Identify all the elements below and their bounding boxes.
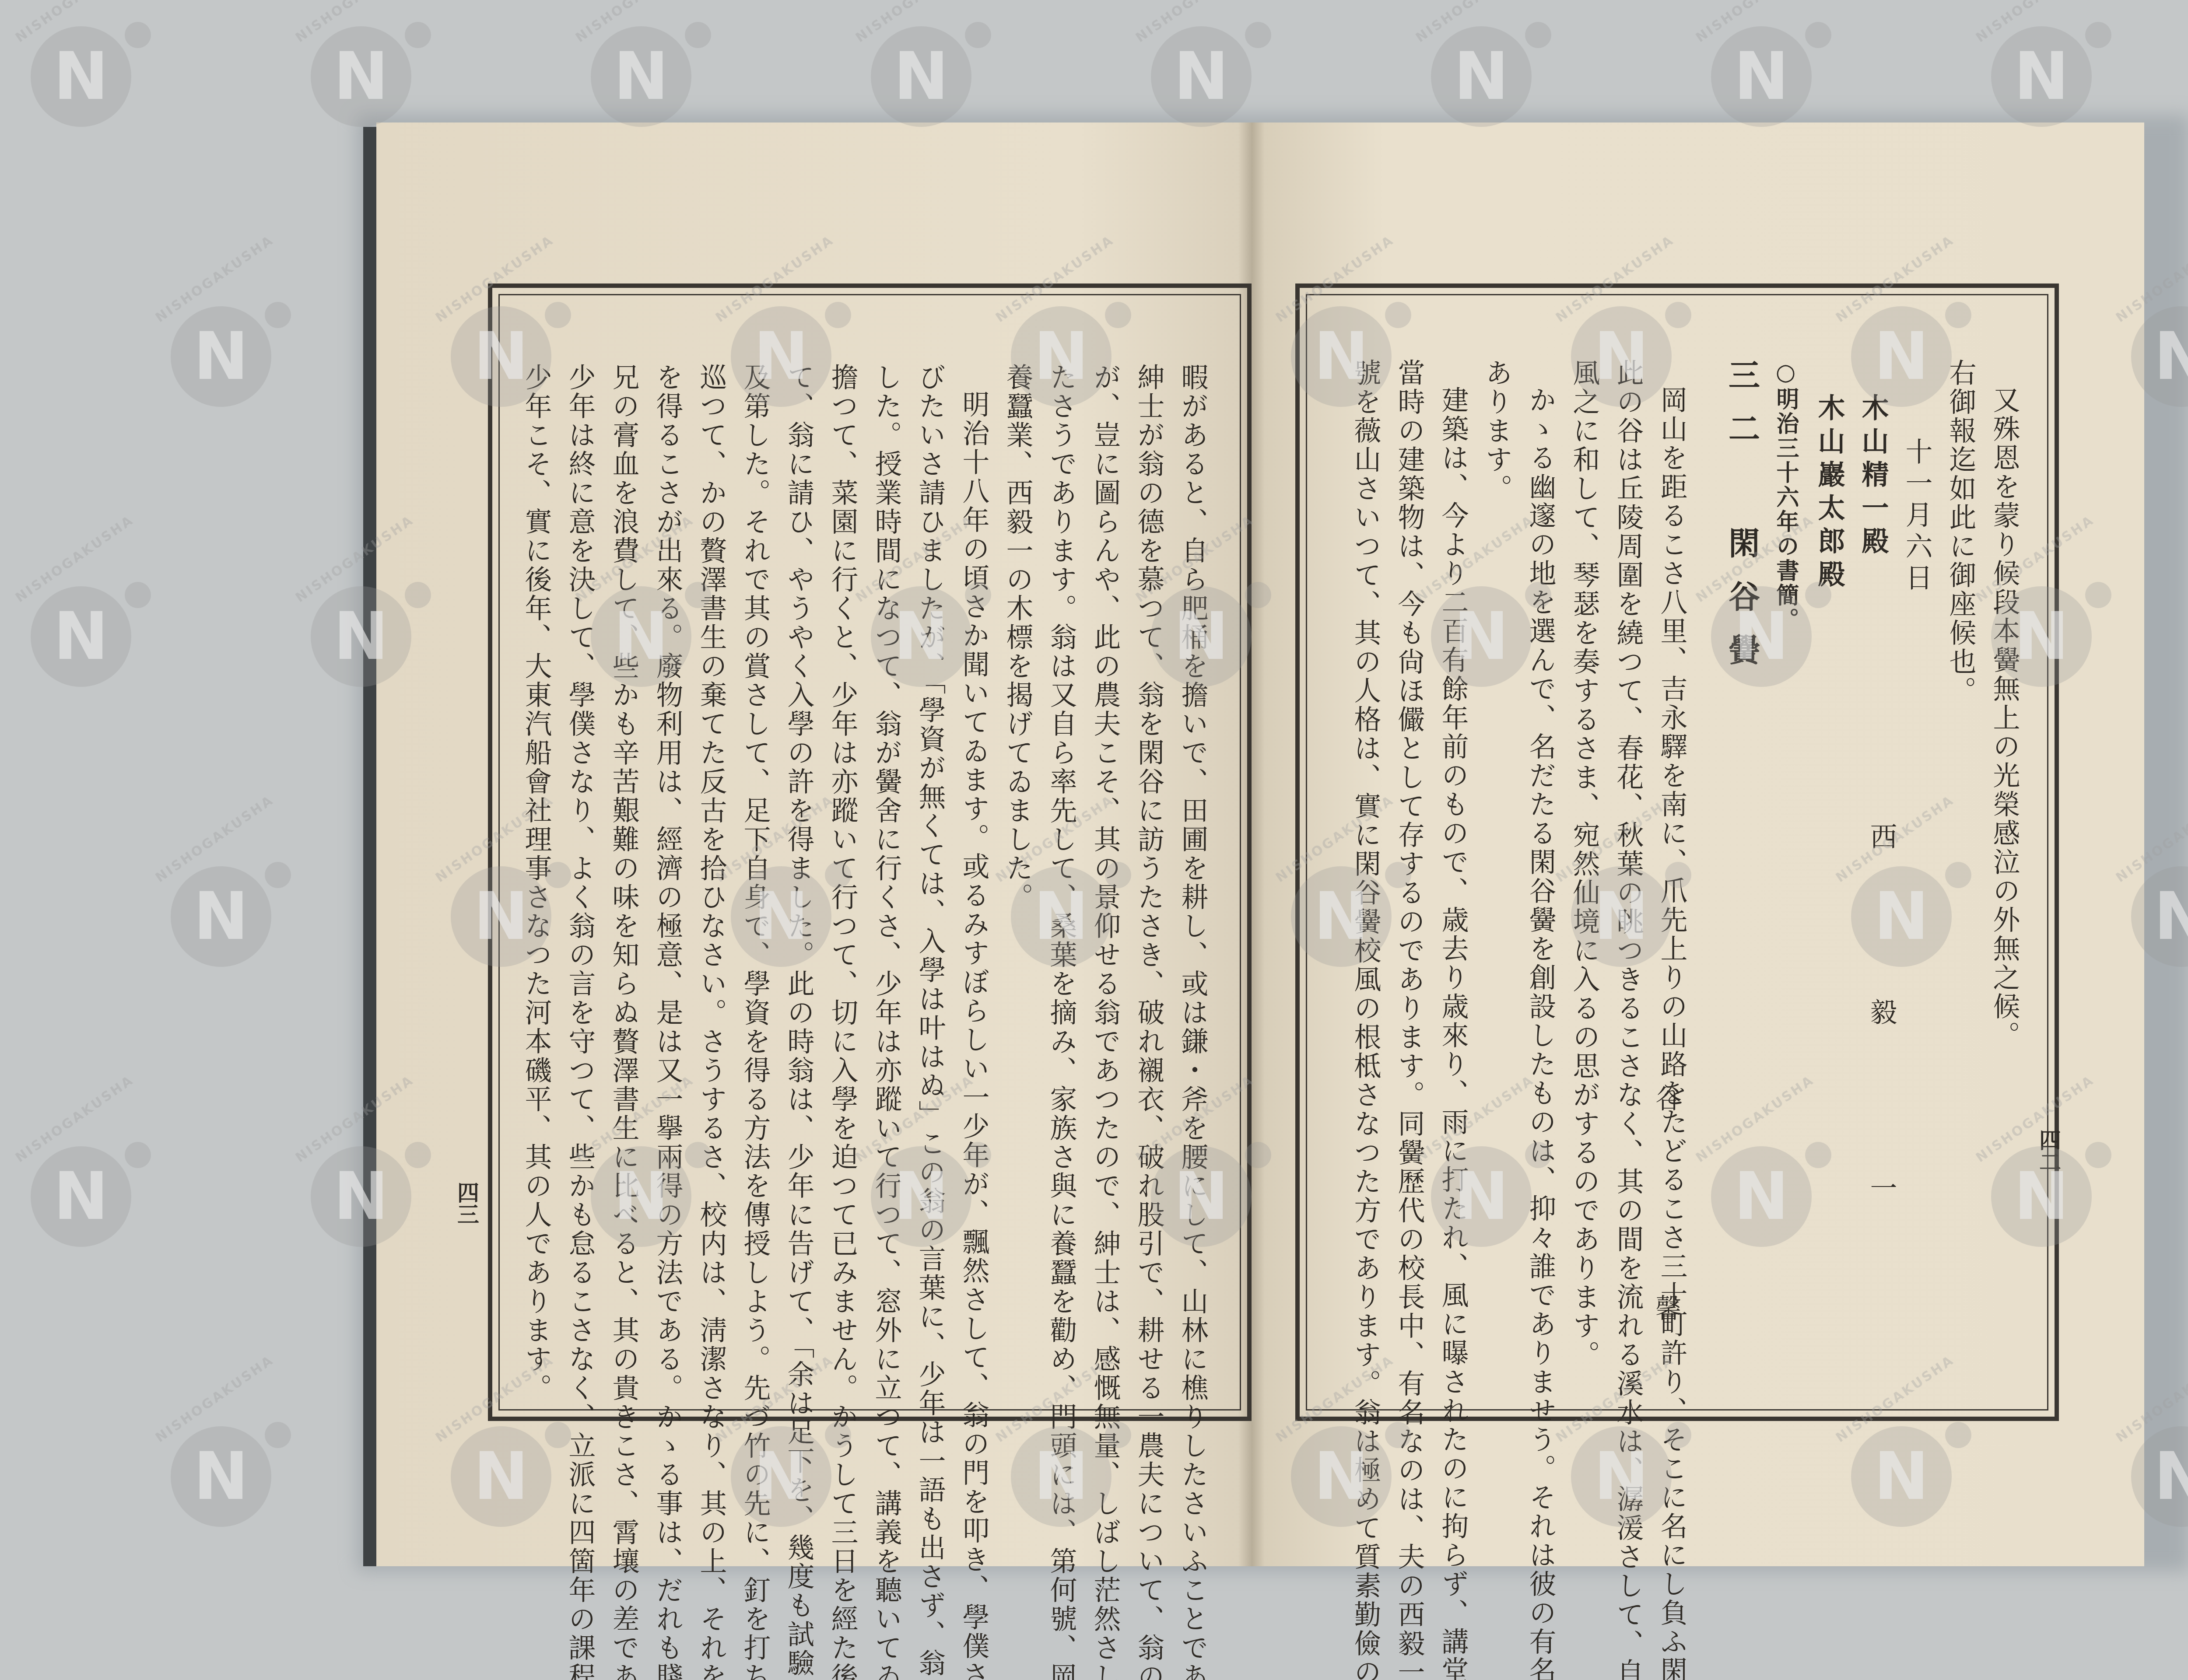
watermark-text: NISHOGAKUSHA: [13, 512, 137, 605]
paragraph-line: 少年こそ、實に後年、大東汽船會社理事さなつた河本磯平、其の人であります。: [514, 363, 558, 1361]
watermark-dot-icon: [1665, 1422, 1691, 1448]
watermark-dot-icon: [1385, 1422, 1411, 1448]
watermark-dot-icon: [125, 582, 151, 608]
paragraph-line: て、翁に請ひ、やうやく入學の許を得ました。此の時翁は、少年に告げて、「余は足下を…: [777, 363, 820, 1361]
watermark-logo-icon: NNISHOGAKUSHA: [1571, 1426, 1672, 1527]
watermark-logo-icon: NNISHOGAKUSHA: [31, 586, 131, 687]
watermark-dot-icon: [1665, 302, 1691, 328]
watermark-dot-icon: [965, 1142, 991, 1168]
watermark-logo-icon: NNISHOGAKUSHA: [171, 866, 271, 967]
watermark-text: NISHOGAKUSHA: [293, 0, 417, 45]
watermark-dot-icon: [1805, 1142, 1831, 1168]
watermark-logo-icon: NNISHOGAKUSHA: [1151, 1146, 1252, 1247]
watermark-dot-icon: [1385, 302, 1411, 328]
watermark-dot-icon: [1105, 1422, 1131, 1448]
watermark-dot-icon: [545, 302, 571, 328]
watermark-logo-icon: NNISHOGAKUSHA: [1711, 586, 1812, 687]
watermark-dot-icon: [265, 1422, 291, 1448]
watermark-logo-icon: NNISHOGAKUSHA: [171, 1426, 271, 1527]
watermark-logo-icon: NNISHOGAKUSHA: [731, 306, 831, 407]
watermark-dot-icon: [405, 22, 431, 48]
watermark-dot-icon: [1665, 862, 1691, 888]
watermark-logo-icon: NNISHOGAKUSHA: [1711, 26, 1812, 127]
watermark-logo-icon: NNISHOGAKUSHA: [1851, 306, 1952, 407]
watermark-dot-icon: [1385, 862, 1411, 888]
watermark-dot-icon: [1105, 302, 1131, 328]
watermark-dot-icon: [1525, 582, 1551, 608]
watermark-dot-icon: [1805, 22, 1831, 48]
watermark-logo-icon: NNISHOGAKUSHA: [311, 586, 411, 687]
watermark-logo-icon: NNISHOGAKUSHA: [871, 26, 971, 127]
watermark-logo-icon: NNISHOGAKUSHA: [451, 1426, 551, 1527]
watermark-dot-icon: [265, 302, 291, 328]
watermark-logo-icon: NNISHOGAKUSHA: [1431, 586, 1532, 687]
watermark-dot-icon: [1945, 1422, 1971, 1448]
paragraph-line: たさうであります。翁は又自ら率先して、桑葉を摘み、家族さ與に養蠶を勸め、門頭には…: [1039, 363, 1083, 1361]
watermark-dot-icon: [405, 1142, 431, 1168]
watermark-logo-icon: NNISHOGAKUSHA: [1571, 306, 1672, 407]
addressee: 木山巖太郎殿: [1807, 359, 1851, 1365]
watermark-text: NISHOGAKUSHA: [153, 1352, 277, 1445]
watermark-dot-icon: [545, 862, 571, 888]
watermark-logo-icon: NNISHOGAKUSHA: [1151, 26, 1252, 127]
watermark-logo-icon: NNISHOGAKUSHA: [1151, 586, 1252, 687]
watermark-dot-icon: [965, 582, 991, 608]
watermark-dot-icon: [1945, 862, 1971, 888]
watermark-dot-icon: [2085, 1142, 2111, 1168]
watermark-logo-icon: NNISHOGAKUSHA: [451, 866, 551, 967]
watermark-logo-icon: NNISHOGAKUSHA: [1291, 1426, 1392, 1527]
paragraph-line: 此の谷は丘陵周圍を繞つて、春花、秋葉の眺つきるこさなく、其の間を流れる溪水は、潺…: [1606, 359, 1650, 1365]
watermark-text: NISHOGAKUSHA: [853, 0, 977, 45]
letter-date: 十一月六日: [1895, 359, 1939, 1365]
watermark-dot-icon: [1245, 1142, 1271, 1168]
watermark-dot-icon: [685, 582, 711, 608]
watermark-logo-icon: NNISHOGAKUSHA: [1711, 1146, 1812, 1247]
paragraph-line: 擔つて、菜園に行くと、少年は亦蹤いて行つて、切に入學を迫つて已みません。かうして…: [820, 363, 864, 1361]
watermark-dot-icon: [825, 302, 851, 328]
watermark-text: NISHOGAKUSHA: [573, 0, 697, 45]
watermark-logo-icon: NNISHOGAKUSHA: [731, 1426, 831, 1527]
watermark-dot-icon: [1805, 582, 1831, 608]
watermark-logo-icon: NNISHOGAKUSHA: [311, 1146, 411, 1247]
watermark-text: NISHOGAKUSHA: [153, 232, 277, 325]
watermark-logo-icon: NNISHOGAKUSHA: [591, 586, 691, 687]
watermark-text: NISHOGAKUSHA: [13, 1072, 137, 1165]
watermark-logo-icon: NNISHOGAKUSHA: [591, 26, 691, 127]
watermark-dot-icon: [1245, 22, 1271, 48]
watermark-dot-icon: [125, 1142, 151, 1168]
watermark-dot-icon: [125, 22, 151, 48]
watermark-text: NISHOGAKUSHA: [1693, 0, 1817, 45]
watermark-dot-icon: [405, 582, 431, 608]
watermark-text: NISHOGAKUSHA: [153, 792, 277, 885]
watermark-logo-icon: NNISHOGAKUSHA: [731, 866, 831, 967]
watermark-logo-icon: NNISHOGAKUSHA: [1571, 866, 1672, 967]
watermark-logo-icon: NNISHOGAKUSHA: [311, 26, 411, 127]
watermark-logo-icon: NNISHOGAKUSHA: [591, 1146, 691, 1247]
watermark-logo-icon: NNISHOGAKUSHA: [1291, 306, 1392, 407]
watermark-dot-icon: [825, 1422, 851, 1448]
watermark-logo-icon: NNISHOGAKUSHA: [1011, 1426, 1112, 1527]
watermark-dot-icon: [2085, 22, 2111, 48]
watermark-logo-icon: NNISHOGAKUSHA: [1991, 586, 2092, 687]
watermark-logo-icon: NNISHOGAKUSHA: [1011, 306, 1112, 407]
watermark-logo-icon: NNISHOGAKUSHA: [31, 1146, 131, 1247]
watermark-logo-icon: NNISHOGAKUSHA: [171, 306, 271, 407]
watermark-logo-icon: NNISHOGAKUSHA: [1431, 26, 1532, 127]
watermark-dot-icon: [1945, 302, 1971, 328]
watermark-text: NISHOGAKUSHA: [1133, 0, 1257, 45]
watermark-dot-icon: [1245, 582, 1271, 608]
section-number: 三二: [1723, 359, 1760, 465]
watermark-logo-icon: NNISHOGAKUSHA: [1851, 1426, 1952, 1527]
watermark-logo-icon: NNISHOGAKUSHA: [1011, 866, 1112, 967]
watermark-logo-icon: NNISHOGAKUSHA: [31, 26, 131, 127]
watermark-dot-icon: [2085, 582, 2111, 608]
watermark-dot-icon: [545, 1422, 571, 1448]
watermark-dot-icon: [1525, 1142, 1551, 1168]
watermark-dot-icon: [685, 22, 711, 48]
watermark-text: NISHOGAKUSHA: [13, 0, 137, 45]
watermark-logo-icon: NNISHOGAKUSHA: [1851, 866, 1952, 967]
watermark-logo-icon: NNISHOGAKUSHA: [1291, 866, 1392, 967]
paragraph-line: 巡つて、かの贅澤書生の棄てた反古を拾ひなさい。さうするさ、校内は、淸潔さなり、其…: [689, 363, 733, 1361]
watermark-dot-icon: [1105, 862, 1131, 888]
watermark-logo-icon: NNISHOGAKUSHA: [1991, 1146, 2092, 1247]
watermark-logo-icon: NNISHOGAKUSHA: [1991, 26, 2092, 127]
page-number-left: 四三: [451, 1181, 482, 1225]
watermark-text: NISHOGAKUSHA: [1973, 0, 2097, 45]
paragraph-line: 號を薇山さいつて、其の人格は、實に閑谷黌校風の根柢さなつた方であります。翁は極め…: [1343, 359, 1387, 1365]
watermark-dot-icon: [965, 22, 991, 48]
watermark-logo-icon: NNISHOGAKUSHA: [871, 1146, 971, 1247]
paragraph-line: 當時の建築物は、今も尙ほ儼として存するのであります。同黌歷代の校長中、有名なのは…: [1387, 359, 1431, 1365]
watermark-dot-icon: [825, 862, 851, 888]
watermark-text: NISHOGAKUSHA: [1413, 0, 1537, 45]
watermark-logo-icon: NNISHOGAKUSHA: [451, 306, 551, 407]
watermark-dot-icon: [265, 862, 291, 888]
watermark-logo-icon: NNISHOGAKUSHA: [871, 586, 971, 687]
watermark-logo-icon: NNISHOGAKUSHA: [1431, 1146, 1532, 1247]
watermark-dot-icon: [1525, 22, 1551, 48]
watermark-dot-icon: [685, 1142, 711, 1168]
